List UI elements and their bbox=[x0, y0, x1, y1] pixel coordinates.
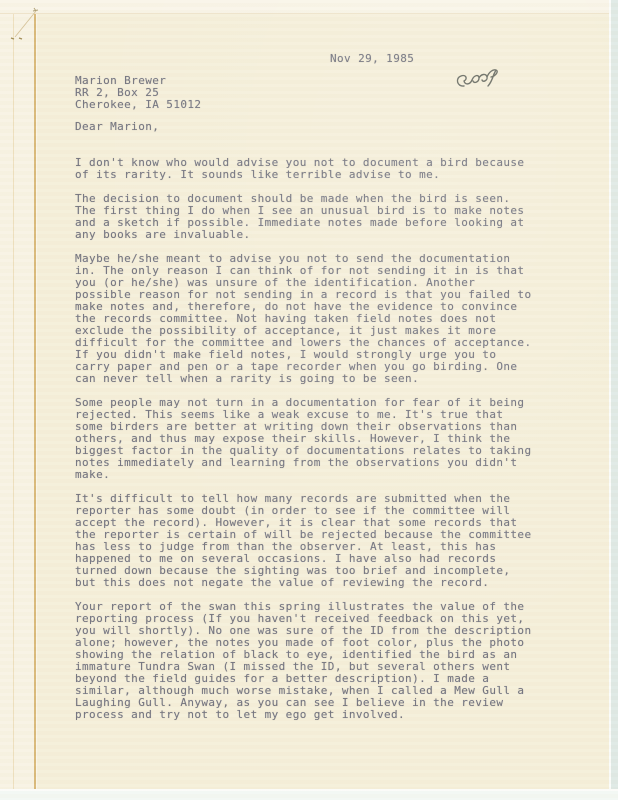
letter-date: Nov 29, 1985 bbox=[330, 53, 575, 65]
salutation: Dear Marion, bbox=[75, 121, 575, 133]
paper-top-edge bbox=[0, 0, 618, 14]
paragraph-3: Maybe he/she meant to advise you not to … bbox=[75, 253, 575, 385]
letter-content: Nov 29, 1985 Marion Brewer RR 2, Box 25 … bbox=[75, 53, 575, 733]
paragraph-6: Your report of the swan this spring illu… bbox=[75, 601, 575, 721]
paragraph-5: It's difficult to tell how many records … bbox=[75, 493, 575, 589]
scan-bottom-edge bbox=[0, 789, 618, 800]
scan-right-edge bbox=[609, 0, 618, 800]
recipient-address-line2: Cherokee, IA 51012 bbox=[75, 99, 575, 111]
paragraph-4: Some people may not turn in a documentat… bbox=[75, 397, 575, 481]
letter-body: I don't know who would advise you not to… bbox=[75, 157, 575, 721]
scanned-letter-page: Nov 29, 1985 Marion Brewer RR 2, Box 25 … bbox=[0, 0, 618, 800]
paper-crease-line bbox=[34, 4, 36, 800]
pencil-corner-marks-icon bbox=[6, 4, 50, 48]
recipient-address-block: Marion Brewer RR 2, Box 25 Cherokee, IA … bbox=[75, 75, 575, 111]
paper-left-band bbox=[0, 0, 35, 800]
paper-crease-faint bbox=[13, 0, 14, 800]
paragraph-1: I don't know who would advise you not to… bbox=[75, 157, 575, 181]
paragraph-2: The decision to document should be made … bbox=[75, 193, 575, 241]
